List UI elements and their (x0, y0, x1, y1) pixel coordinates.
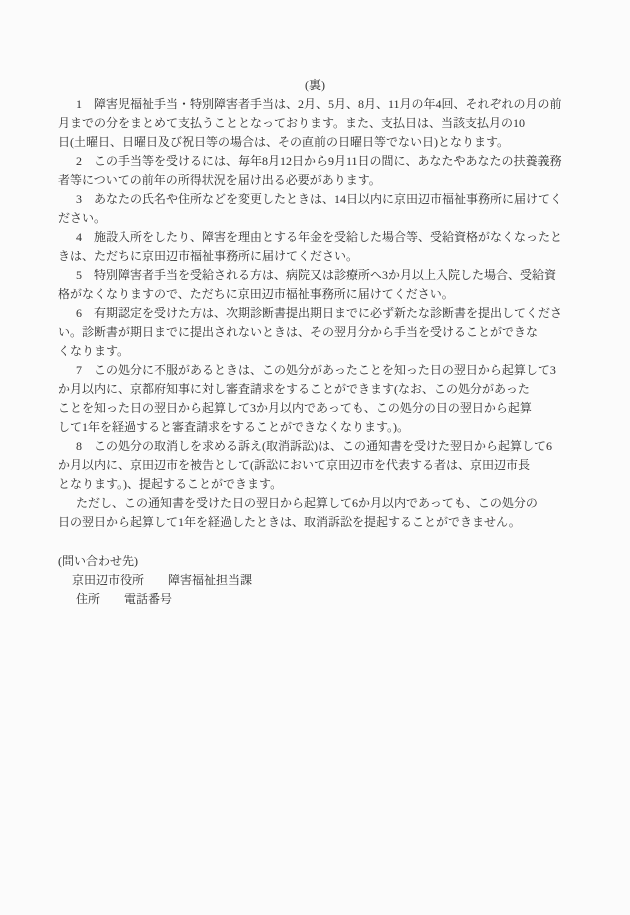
notice-item-3: 3 あなたの氏名や住所などを変更したときは、14日以内に京田辺市福祉事務所に届け… (58, 190, 592, 228)
document-page: (裏) 1 障害児福祉手当・特別障害者手当は、2月、5月、8月、11月の年4回、… (0, 0, 630, 915)
contact-office-line: 京田辺市役所 障害福祉担当課 (58, 571, 592, 590)
notice-item-6: 6 有期認定を受けた方は、次期診断書提出期日までに必ず新たな診断書を提出してくだ… (58, 304, 592, 361)
notice-subparagraph: ただし、この通知書を受けた日の翌日から起算して6か月以内であっても、この処分の日… (58, 494, 592, 532)
contact-section: (問い合わせ先) 京田辺市役所 障害福祉担当課 住所 電話番号 (58, 552, 592, 609)
item-number: 7 (76, 363, 82, 377)
notice-item-7: 7 この処分に不服があるときは、この処分があったことを知った日の翌日から起算して… (58, 361, 592, 437)
contact-address-line: 住所 電話番号 (58, 590, 592, 609)
item-number: 3 (76, 192, 82, 206)
item-number: 8 (76, 439, 82, 453)
contact-heading: (問い合わせ先) (58, 552, 592, 571)
notice-item-8: 8 この処分の取消しを求める訴え(取消訴訟)は、この通知書を受けた翌日から起算し… (58, 437, 592, 494)
item-number: 1 (76, 97, 82, 111)
item-number: 5 (76, 268, 82, 282)
item-number: 4 (76, 230, 82, 244)
page-side-label: (裏) (0, 76, 630, 95)
item-number: 6 (76, 306, 82, 320)
notice-item-5: 5 特別障害者手当を受給される方は、病院又は診療所へ3か月以上入院した場合、受給… (58, 266, 592, 304)
item-number: 2 (76, 154, 82, 168)
notice-item-2: 2 この手当等を受けるには、毎年8月12日から9月11日の間に、あなたやあなたの… (58, 152, 592, 190)
notice-body: 1 障害児福祉手当・特別障害者手当は、2月、5月、8月、11月の年4回、それぞれ… (58, 95, 592, 532)
notice-item-4: 4 施設入所をしたり、障害を理由とする年金を受給した場合等、受給資格がなくなった… (58, 228, 592, 266)
notice-item-1: 1 障害児福祉手当・特別障害者手当は、2月、5月、8月、11月の年4回、それぞれ… (58, 95, 592, 152)
